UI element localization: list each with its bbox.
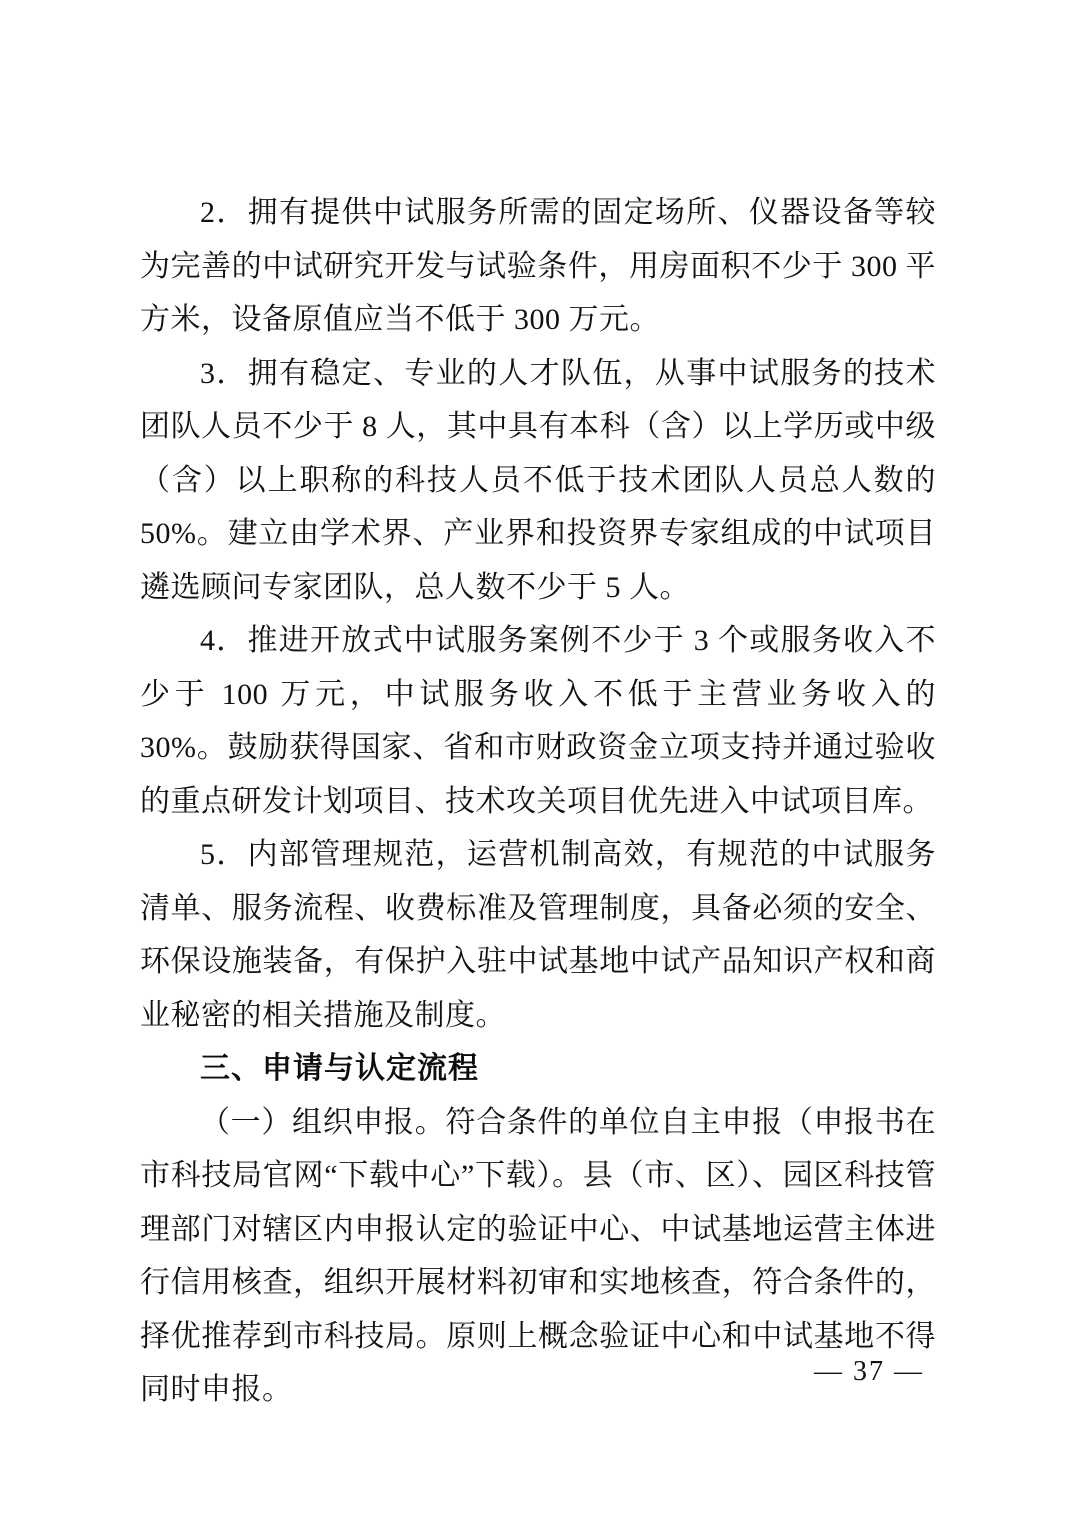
- section-heading-application-process: 三、申请与认定流程: [140, 1042, 936, 1096]
- document-page: 2．拥有提供中试服务所需的固定场所、仪器设备等较为完善的中试研究开发与试验条件，…: [0, 0, 1074, 1520]
- paragraph-item-5: 5．内部管理规范，运营机制高效，有规范的中试服务清单、服务流程、收费标准及管理制…: [140, 828, 936, 1042]
- paragraph-item-3: 3．拥有稳定、专业的人才队伍，从事中试服务的技术团队人员不少于 8 人，其中具有…: [140, 347, 936, 615]
- page-number: — 37 —: [814, 1352, 924, 1392]
- document-body: 2．拥有提供中试服务所需的固定场所、仪器设备等较为完善的中试研究开发与试验条件，…: [140, 186, 936, 1417]
- paragraph-item-4: 4．推进开放式中试服务案例不少于 3 个或服务收入不少于 100 万元，中试服务…: [140, 614, 936, 828]
- paragraph-item-2: 2．拥有提供中试服务所需的固定场所、仪器设备等较为完善的中试研究开发与试验条件，…: [140, 186, 936, 347]
